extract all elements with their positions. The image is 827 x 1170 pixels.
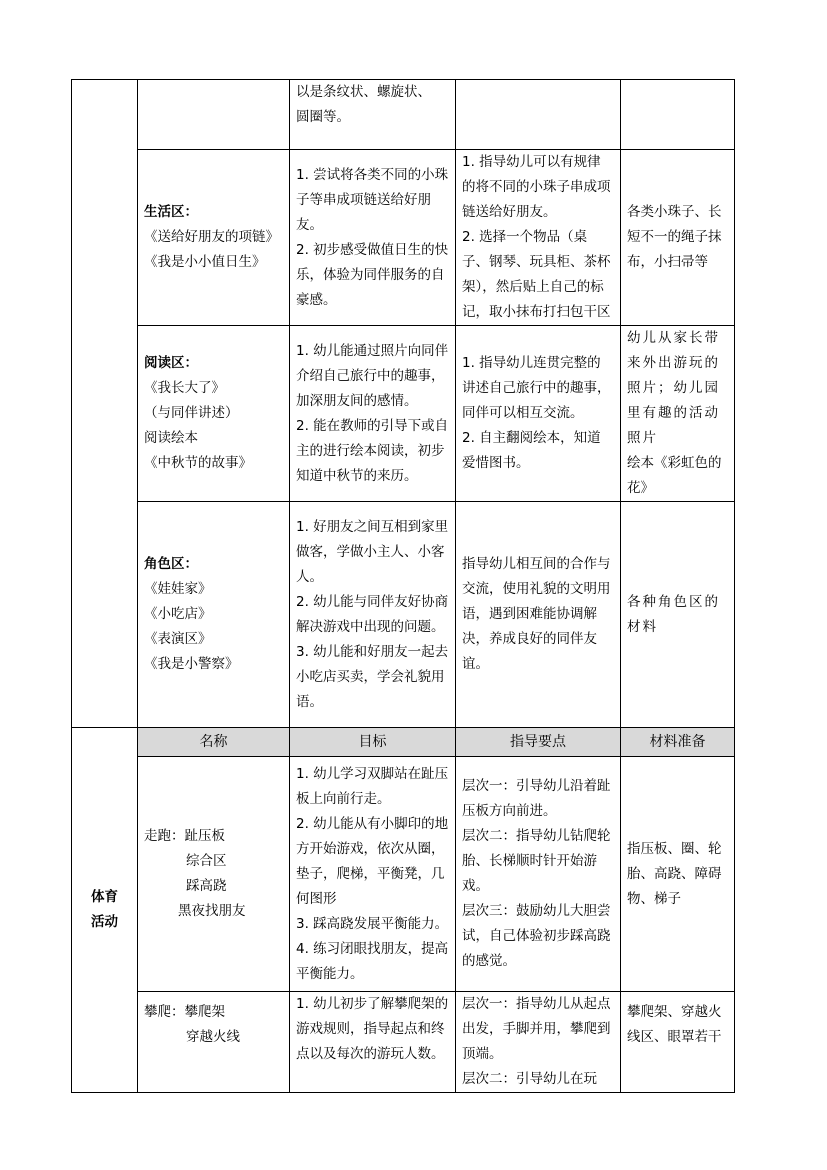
column-header-guide: 指导要点 (456, 728, 621, 757)
activity-name: （与同伴讲述） (144, 401, 283, 426)
materials-cell: 攀爬架、穿越火线区、眼罩若干 (621, 992, 735, 1093)
area-title: 角色区： (144, 552, 283, 577)
goal-line: 以是条纹状、螺旋状、 (296, 80, 449, 105)
guide-cell (456, 80, 621, 150)
activity-name: 《我是小警察》 (144, 652, 283, 677)
category-cell-pe: 体育 活动 (72, 728, 138, 1093)
goal-item: 4. 练习闭眼找朋友，提高平衡能力。 (296, 937, 449, 987)
materials-text: 指压板、圈、轮胎、高跷、障碍物、梯子 (627, 837, 728, 912)
pe-header-row: 体育 活动 名称 目标 指导要点 材料准备 (72, 728, 735, 757)
table-row-climb: 攀爬：攀爬架 穿越火线 1. 幼儿初步了解攀爬架的游戏规则，指导起点和终点以及每… (72, 992, 735, 1093)
activity-name: 《表演区》 (144, 627, 283, 652)
guide-cell: 层次一：引导幼儿沿着趾压板方向前进。 层次二：指导幼儿钻爬轮胎、长梯顺时针开始游… (456, 757, 621, 992)
goal-item: 2. 幼儿能与同伴友好协商解决游戏中出现的问题。 (296, 590, 449, 640)
goal-item: 1. 幼儿学习双脚站在趾压板上向前行走。 (296, 762, 449, 812)
materials-text: 攀爬架、穿越火线区、眼罩若干 (627, 1000, 728, 1050)
activity-plan-table: 以是条纹状、螺旋状、 圆圈等。 生活区： 《送给好朋友的项链》 《我是小小值日生… (71, 79, 735, 1093)
guide-cell: 指导幼儿相互间的合作与交流，使用礼貌的文明用语，遇到困难能协调解决，养成良好的同… (456, 502, 621, 728)
activity-category: 攀爬： (144, 1004, 185, 1020)
guide-item: 指导幼儿相互间的合作与交流，使用礼貌的文明用语，遇到困难能协调解决，养成良好的同… (462, 552, 614, 677)
activity-name: 《中秋节的故事》 (144, 451, 283, 476)
goal-cell: 1. 好朋友之间互相到家里做客，学做小主人、小客人。 2. 幼儿能与同伴友好协商… (290, 502, 456, 728)
activity-name: 黑夜找朋友 (144, 899, 283, 924)
goal-line: 圆圈等。 (296, 105, 449, 130)
table-row-walk-run: 走跑：趾压板 综合区 踩高跷 黑夜找朋友 1. 幼儿学习双脚站在趾压板上向前行走… (72, 757, 735, 992)
goal-item: 2. 幼儿能从有小脚印的地方开始游戏，依次从圈，垫子，爬梯，平衡凳，几何图形 (296, 812, 449, 912)
name-cell: 走跑：趾压板 综合区 踩高跷 黑夜找朋友 (138, 757, 290, 992)
goal-cell: 1. 幼儿学习双脚站在趾压板上向前行走。 2. 幼儿能从有小脚印的地方开始游戏，… (290, 757, 456, 992)
materials-cell: 指压板、圈、轮胎、高跷、障碍物、梯子 (621, 757, 735, 992)
table-row-life-area: 生活区： 《送给好朋友的项链》 《我是小小值日生》 1. 尝试将各类不同的小珠子… (72, 150, 735, 326)
materials-text: 各类小珠子、长短不一的绳子抹布，小扫帚等 (627, 200, 728, 275)
activity-name: 阅读绘本 (144, 426, 283, 451)
column-header-goal: 目标 (290, 728, 456, 757)
area-title: 生活区： (144, 200, 283, 225)
goal-item: 1. 幼儿初步了解攀爬架的游戏规则，指导起点和终点以及每次的游玩人数。 (296, 992, 449, 1067)
materials-cell: 幼儿从家长带来外出游玩的照片；幼儿园里有趣的活动照片 绘本《彩虹色的花》 (621, 326, 735, 502)
name-cell: 角色区： 《娃娃家》 《小吃店》 《表演区》 《我是小警察》 (138, 502, 290, 728)
activity-category: 走跑： (144, 828, 185, 844)
category-cell-empty (72, 80, 138, 728)
name-cell (138, 80, 290, 150)
activity-name: 《娃娃家》 (144, 577, 283, 602)
name-cell: 攀爬：攀爬架 穿越火线 (138, 992, 290, 1093)
goal-item: 3. 踩高跷发展平衡能力。 (296, 912, 449, 937)
category-label: 活动 (78, 910, 131, 935)
activity-name-line: 走跑：趾压板 (144, 824, 283, 849)
guide-item: 1. 指导幼儿可以有规律的将不同的小珠子串成项链送给好朋友。 (462, 150, 614, 225)
category-label: 体育 (78, 885, 131, 910)
goal-cell: 以是条纹状、螺旋状、 圆圈等。 (290, 80, 456, 150)
table-row-reading-area: 阅读区： 《我长大了》 （与同伴讲述） 阅读绘本 《中秋节的故事》 1. 幼儿能… (72, 326, 735, 502)
activity-name-line: 攀爬：攀爬架 (144, 1000, 283, 1025)
guide-cell: 层次一：指导幼儿从起点出发，手脚并用，攀爬到顶端。 层次二：引导幼儿在玩 (456, 992, 621, 1093)
activity-name: 穿越火线 (144, 1025, 283, 1050)
activity-name: 《送给好朋友的项链》 (144, 225, 283, 250)
activity-name: 《小吃店》 (144, 602, 283, 627)
guide-cell: 1. 指导幼儿可以有规律的将不同的小珠子串成项链送给好朋友。 2. 选择一个物品… (456, 150, 621, 326)
guide-item: 层次二：引导幼儿在玩 (462, 1067, 614, 1092)
materials-cell: 各种角色区的材料 (621, 502, 735, 728)
activity-name: 踩高跷 (144, 874, 283, 899)
column-header-name: 名称 (138, 728, 290, 757)
materials-cell (621, 80, 735, 150)
guide-item: 2. 自主翻阅绘本，知道爱惜图书。 (462, 426, 614, 476)
activity-name: 综合区 (144, 849, 283, 874)
goal-cell: 1. 幼儿初步了解攀爬架的游戏规则，指导起点和终点以及每次的游玩人数。 (290, 992, 456, 1093)
name-cell: 阅读区： 《我长大了》 （与同伴讲述） 阅读绘本 《中秋节的故事》 (138, 326, 290, 502)
goal-item: 3. 幼儿能和好朋友一起去小吃店买卖，学会礼貌用语。 (296, 640, 449, 715)
table-row-role-area: 角色区： 《娃娃家》 《小吃店》 《表演区》 《我是小警察》 1. 好朋友之间互… (72, 502, 735, 728)
guide-item: 层次一：引导幼儿沿着趾压板方向前进。 (462, 774, 614, 824)
materials-text: 绘本《彩虹色的花》 (627, 451, 728, 501)
goal-item: 2. 初步感受做值日生的快乐，体验为同伴服务的自豪感。 (296, 238, 449, 313)
document-page: 以是条纹状、螺旋状、 圆圈等。 生活区： 《送给好朋友的项链》 《我是小小值日生… (0, 0, 827, 1170)
goal-cell: 1. 尝试将各类不同的小珠子等串成项链送给好朋友。 2. 初步感受做值日生的快乐… (290, 150, 456, 326)
guide-item: 层次三：鼓励幼儿大胆尝试，自己体验初步踩高跷的感觉。 (462, 899, 614, 974)
guide-cell: 1. 指导幼儿连贯完整的讲述自己旅行中的趣事，同伴可以相互交流。 2. 自主翻阅… (456, 326, 621, 502)
goal-item: 1. 幼儿能通过照片向同伴介绍自己旅行中的趣事，加深朋友间的感情。 (296, 339, 449, 414)
goal-item: 2. 能在教师的引导下或自主的进行绘本阅读，初步知道中秋节的来历。 (296, 414, 449, 489)
activity-name: 《我是小小值日生》 (144, 250, 283, 275)
activity-name: 攀爬架 (185, 1004, 226, 1020)
materials-text: 幼儿从家长带来外出游玩的照片；幼儿园里有趣的活动照片 (627, 326, 728, 451)
materials-cell: 各类小珠子、长短不一的绳子抹布，小扫帚等 (621, 150, 735, 326)
activity-name: 趾压板 (185, 828, 226, 844)
column-header-materials: 材料准备 (621, 728, 735, 757)
name-cell: 生活区： 《送给好朋友的项链》 《我是小小值日生》 (138, 150, 290, 326)
area-title: 阅读区： (144, 351, 283, 376)
goal-item: 1. 好朋友之间互相到家里做客，学做小主人、小客人。 (296, 515, 449, 590)
activity-name: 《我长大了》 (144, 376, 283, 401)
table-row-continued: 以是条纹状、螺旋状、 圆圈等。 (72, 80, 735, 150)
guide-item: 2. 选择一个物品（桌子、钢琴、玩具柜、茶杯架），然后贴上自己的标记，取小抹布打… (462, 225, 614, 325)
guide-item: 层次一：指导幼儿从起点出发，手脚并用，攀爬到顶端。 (462, 992, 614, 1067)
guide-item: 层次二：指导幼儿钻爬轮胎、长梯顺时针开始游戏。 (462, 824, 614, 899)
materials-text: 各种角色区的材料 (627, 590, 728, 640)
guide-item: 1. 指导幼儿连贯完整的讲述自己旅行中的趣事，同伴可以相互交流。 (462, 351, 614, 426)
goal-cell: 1. 幼儿能通过照片向同伴介绍自己旅行中的趣事，加深朋友间的感情。 2. 能在教… (290, 326, 456, 502)
goal-item: 1. 尝试将各类不同的小珠子等串成项链送给好朋友。 (296, 163, 449, 238)
